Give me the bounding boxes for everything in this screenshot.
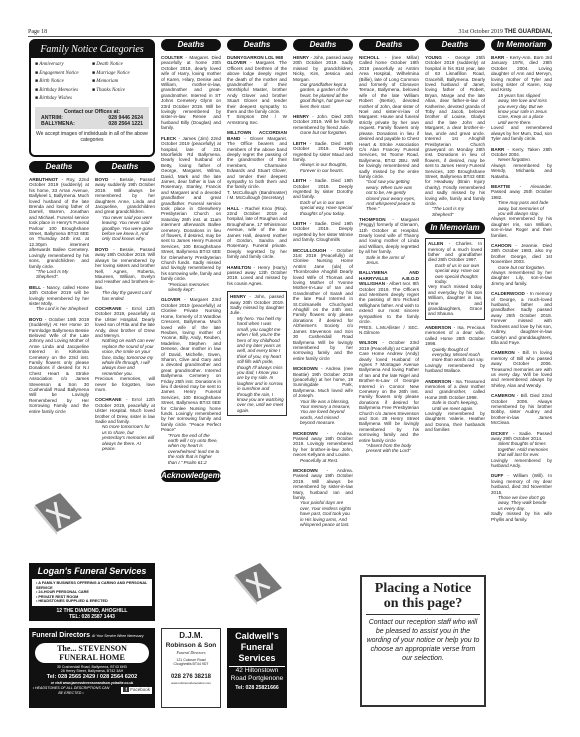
family-notice-categories: Family Notice Categories Anniversary Dea…	[29, 39, 155, 157]
notice-coulter: COULTER - Margaret. Died peacefully at h…	[161, 55, 221, 131]
stevenson-website-link[interactable]: or visit www.jamesstevensonandson.yolasi…	[32, 681, 152, 685]
notice-nicholl: NICHOLL - (nee Millar) Called home Octob…	[359, 55, 419, 212]
notice-cochrane: COCHRANE - Errol 12th October 2019, peac…	[95, 306, 155, 393]
notice-henry: HENRY - John, passed away 20th October 2…	[293, 55, 353, 109]
caldwell-phone: Tel: 028 25821666	[229, 685, 285, 692]
notice-ballymena-harryville: BALLYMENA AND HARRYVILLE A.B.O.D WILLIGH…	[359, 270, 419, 335]
column-5: Deaths HENRY - John, passed away 20th Oc…	[293, 39, 353, 533]
notice-wilson: WILSON - October 23rd 2019 (Peacefully) …	[359, 340, 419, 454]
category-item: Engagement Notice	[35, 70, 92, 79]
category-item: Marriage Notice	[92, 70, 149, 79]
notice-henry-boxed: HENRY - John, passed away 20th October 2…	[227, 291, 287, 416]
notice-beattie: BEATTIE - Alexander. Passed away 25th Oc…	[491, 184, 552, 238]
notice-barr: BARR - Kerry. Taken 28th October 2004.Ne…	[491, 147, 552, 179]
facebook-icon[interactable]: f Facebook	[121, 687, 152, 693]
notice-barr: BARR - Kerry-Ann. Born 3rd January 1978,…	[491, 55, 552, 142]
notice-leith: LEITH - Sadie. Died 19th October 2019. D…	[293, 221, 353, 243]
notice-mckeown: MCKEOWN - Andrea. Passed away 19th Octob…	[293, 468, 353, 527]
notice-mccullough: MCCULLOUGH - October 21st 2019 (Peaceful…	[293, 248, 353, 362]
notice-mckeown: MCKEOWN - Andrea. Passed away 19th Octob…	[293, 431, 353, 463]
bible-cross-icon	[30, 490, 85, 535]
notice-hall: HALL - Rachel Knox (Rita). 22nd October …	[227, 206, 287, 260]
notice-glover: GLOVER - Margaret 23rd October 2019 (pea…	[161, 297, 221, 465]
notice-boyd: BOYD - Bessie, Passed away suddenly 19th…	[95, 177, 155, 242]
ad-stevenson-funeral-home: Funeral Directors At Your Service When N…	[29, 628, 155, 708]
ad-djm-robinson: D.J.M. Robinson & Son Funeral Directors …	[161, 628, 221, 708]
category-item: Memoriam	[92, 78, 149, 87]
notice-anderson: ANDERSON - Isa. Treasured memories of a …	[425, 379, 485, 433]
notice-cameron: CAMERON - Bill. Died 22nd October 2006. …	[491, 393, 552, 425]
category-item: Birthday Wishes	[35, 95, 92, 104]
notice-leith: LEITH - Sadie. Died 19th October 2019. D…	[293, 178, 353, 216]
section-header-deaths: Deaths	[161, 39, 221, 51]
section-header-acknowledgement: Acknowledgement	[161, 470, 221, 482]
notice-milltown: MILLTOWN ACCORDIAN BAND - Glover Margare…	[227, 130, 287, 200]
column-3: Deaths COULTER - Margaret. Died peaceful…	[161, 39, 221, 486]
section-header-deaths: Deaths	[293, 39, 353, 51]
column-4: Deaths DUNNYGARRON LOL 968GLOVER - Marga…	[227, 39, 287, 421]
notice-thompson: THOMPSON - Margaret (Peggy) formerly of …	[359, 217, 419, 266]
notice-henry: HENRY - John. Died 20th October 2019. Wi…	[293, 114, 353, 136]
masthead: 31st October 2019 THE GUARDIAN,	[459, 29, 553, 35]
notice-arbuthnot: ARBUTHNOT - Roy, 22nd October 2019 (sudd…	[29, 177, 89, 280]
notice-calderwood: CALDERWOOD - In memory of George, a much…	[491, 291, 552, 345]
page-number: Page 18	[28, 29, 47, 35]
category-item: Birth Notice	[35, 78, 92, 87]
notice-dunnygarron: DUNNYGARRON LOL 968GLOVER - Margaret. Th…	[227, 55, 287, 125]
section-header-in-memoriam: In Memoriam	[425, 222, 485, 234]
category-item: Death Notice	[92, 61, 149, 70]
ad-caldwells-funeral-services: Caldwell's Funeral Services 42 Hiltonsto…	[227, 628, 287, 708]
notice-bell: BELL - Nancy, called Home 10th October 2…	[29, 285, 89, 312]
notice-hamilton: HAMILTON - Henry (Harry) passed away 12t…	[227, 265, 287, 287]
notice-allen: ALLEN - Charles. In memory of a much lov…	[425, 238, 485, 320]
column-2: Deaths BOYD - Bessie, Passed away sudden…	[95, 161, 155, 457]
category-item: Birthday Memories	[35, 87, 92, 96]
notice-boyd: BOYD - October 19th 2019 (Suddenly) At H…	[29, 317, 89, 414]
djm-phone: 028 276 38218	[164, 673, 218, 681]
header-rule	[28, 36, 552, 37]
stevenson-phone: Tel: 028 2565 2429 / 028 2564 6202	[32, 674, 152, 681]
logan-phone: TEL: 028 2587 1443	[32, 614, 152, 620]
ad-logans-funeral-services: Logan's Funeral Services • A FAMILY BUSI…	[29, 563, 155, 621]
ballymena-phone: 028 2564 1221	[108, 121, 143, 127]
category-item: Anniversary	[35, 61, 92, 70]
category-item: Thanks Notice	[92, 87, 149, 96]
djm-website-link[interactable]: www.robinsonsfuneralsm.com	[164, 681, 218, 685]
contact-offices: Contact our Offices at: ANTRIM:028 9446 …	[35, 107, 149, 129]
column-1: Deaths ARBUTHNOT - Roy, 22nd October 201…	[29, 161, 89, 419]
bible-cross-icon	[230, 560, 285, 605]
section-header-deaths: Deaths	[227, 39, 287, 51]
section-header-deaths: Deaths	[95, 161, 155, 173]
notice-cameron: CAMERON - Bill. In loving memory of Bill…	[491, 350, 552, 388]
column-8: In Memoriam BARR - Kerry-Ann. Born 3rd J…	[491, 39, 552, 527]
notice-young: YOUNG - George 25th October 2019 (sudden…	[425, 55, 485, 217]
notice-anderson: ANDERSON - Isa. Precious memories of a d…	[425, 325, 485, 374]
categories-title: Family Notice Categories	[31, 41, 153, 58]
notice-mckeown: MCKEOWN - Andrea (nee Beattie) 19th Octo…	[293, 366, 353, 425]
notice-boyd: BOYD - Bessie, Passed away 19th October …	[95, 247, 155, 301]
placing-a-notice-box: Placing a Notice on this page? Contact o…	[360, 575, 486, 707]
notice-fleck: FLECK - James (Jim) 22nd October 2019 (p…	[161, 136, 221, 293]
notice-duff: DUFF - William (Will). In loving memory …	[491, 473, 552, 522]
section-header-deaths: Deaths	[29, 161, 89, 173]
accept-images-note: We accept images of individuals in all o…	[31, 129, 153, 145]
notice-cahoon: CAHOON - Jeannie. Died 28th October 1983…	[491, 243, 552, 286]
column-6: Deaths NICHOLL - (nee Millar) Called hom…	[359, 39, 419, 459]
section-header-deaths: Deaths	[425, 39, 485, 51]
notice-dickey: DICKEY - Sadie. Passed away 29th October…	[491, 431, 552, 469]
notice-leith: LEITH - Sadie. Died 19th October 2019. D…	[293, 141, 353, 173]
section-header-in-memoriam: In Memoriam	[491, 39, 552, 51]
section-header-deaths: Deaths	[359, 39, 419, 51]
column-7: Deaths YOUNG - George 25th October 2019 …	[425, 39, 485, 438]
notice-cochrane: COCHRANE - Errol 12th October 2019, peac…	[95, 397, 155, 451]
categories-list: Anniversary Death Notice Engagement Noti…	[31, 58, 153, 107]
